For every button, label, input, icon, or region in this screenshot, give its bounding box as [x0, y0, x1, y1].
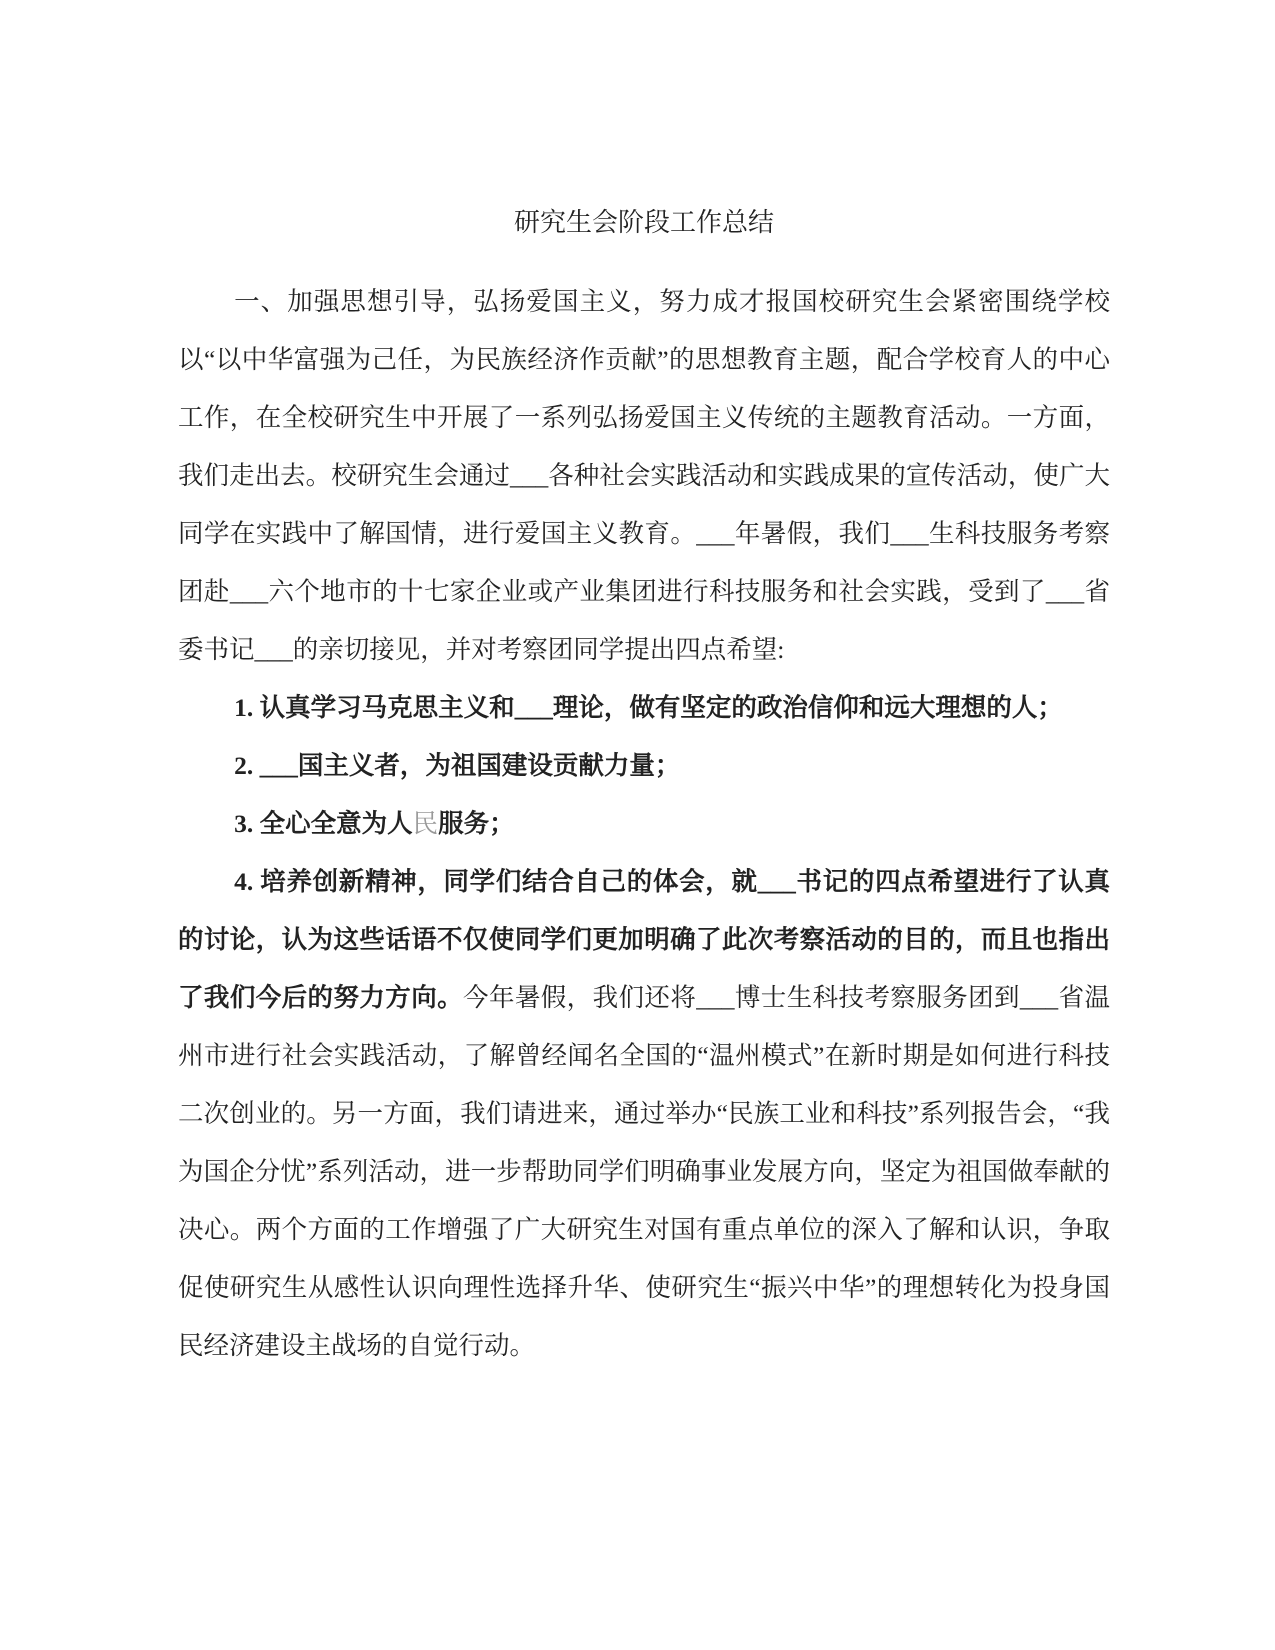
hope-item-2: 2. ___国主义者，为祖国建设贡献力量； [178, 737, 1110, 795]
text-run-bold: 1. 认真学习马克思主义和___理论，做有坚定的政治信仰和远大理想的人； [234, 693, 1063, 722]
document-body-container: 研究生会阶段工作总结 一、加强思想引导，弘扬爱国主义，努力成才报国校研究生会紧密… [178, 194, 1110, 1375]
text-run-bold: 服务； [438, 809, 515, 838]
text-run-regular: 一、加强思想引导，弘扬爱国主义，努力成才报国校研究生会紧密围绕学校以“以中华富强… [178, 287, 1110, 664]
text-run-bold: 3. 全心全意为人 [234, 809, 413, 838]
text-run-regular: 今年暑假，我们还将___博士生科技考察服务团到___省温州市进行社会实践活动，了… [178, 983, 1110, 1360]
document-page: 研究生会阶段工作总结 一、加强思想引导，弘扬爱国主义，努力成才报国校研究生会紧密… [0, 0, 1275, 1650]
text-run-bold: 2. ___国主义者，为祖国建设贡献力量； [234, 751, 680, 780]
hope-item-3: 3. 全心全意为人民服务； [178, 795, 1110, 853]
intro-paragraph: 一、加强思想引导，弘扬爱国主义，努力成才报国校研究生会紧密围绕学校以“以中华富强… [178, 273, 1110, 679]
document-body: 一、加强思想引导，弘扬爱国主义，努力成才报国校研究生会紧密围绕学校以“以中华富强… [178, 273, 1110, 1375]
document-title: 研究生会阶段工作总结 [178, 194, 1110, 252]
hope-item-1: 1. 认真学习马克思主义和___理论，做有坚定的政治信仰和远大理想的人； [178, 679, 1110, 737]
text-run-gray: 民 [413, 809, 439, 838]
hope-item-4-and-closing: 4. 培养创新精神，同学们结合自己的体会，就___书记的四点希望进行了认真的讨论… [178, 853, 1110, 1375]
